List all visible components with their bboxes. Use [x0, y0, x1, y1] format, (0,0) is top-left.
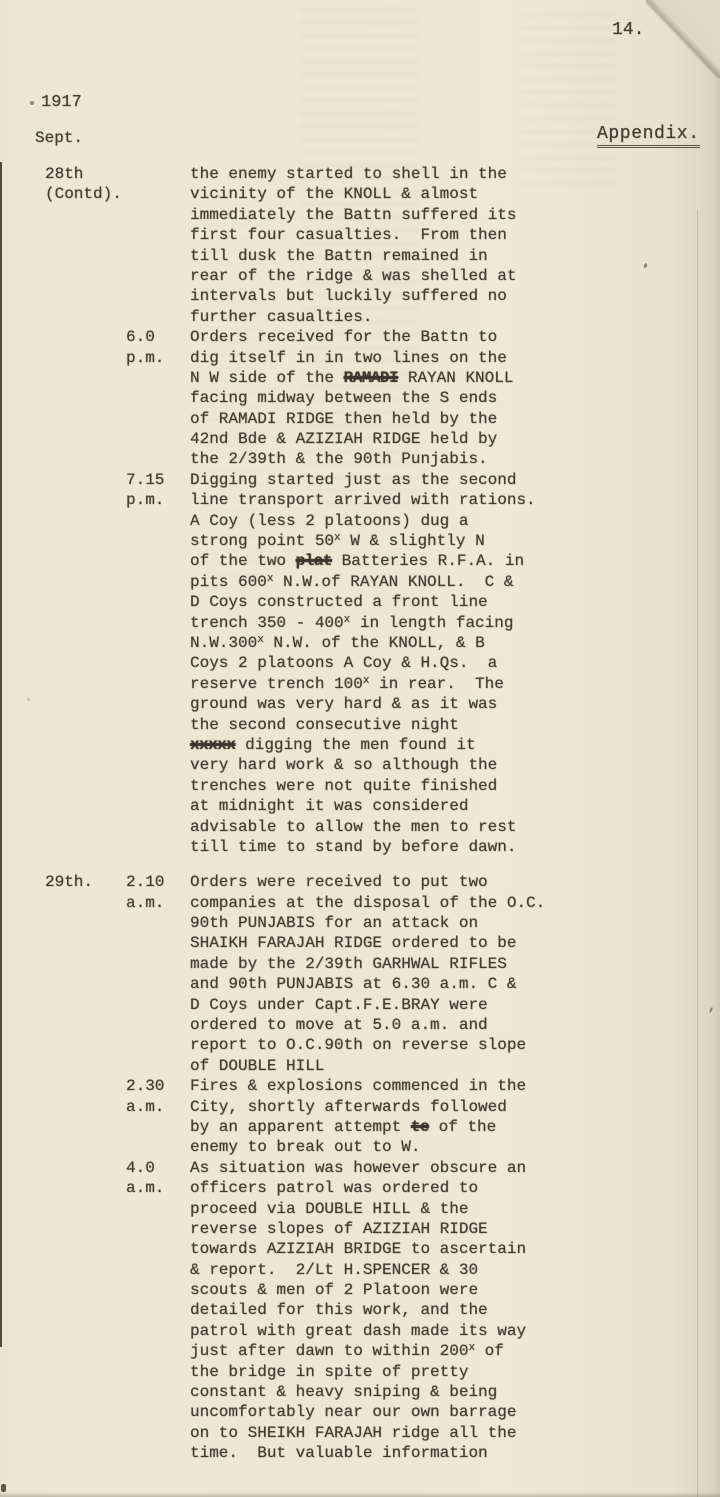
entry-time-line: a.m.: [104, 1178, 190, 1198]
ink-bleedthrough-texture: [520, 5, 615, 185]
entry-text-line: scouts & men of 2 Platoon were: [190, 1280, 698, 1300]
text-segment: towards AZIZIAH BRIDGE to ascertain: [190, 1240, 526, 1258]
entry-date-column: 29th.: [38, 872, 104, 1076]
entry-date-column: [38, 1158, 104, 1464]
text-segment: patrol with great dash made its way: [190, 1322, 526, 1340]
struck-out-text: RAMADI: [344, 369, 399, 387]
text-segment: reverse slopes of AZIZIAH RIDGE: [190, 1220, 488, 1238]
text-segment: companies at the disposal of the O.C.: [190, 894, 545, 912]
entry-text-line: the second consecutive night: [190, 715, 698, 735]
entry-text-line: Orders were received to put two: [190, 872, 698, 892]
entry-time-line: 4.0: [104, 1158, 190, 1178]
diary-year: 1917: [41, 93, 82, 112]
entry-text-line: ordered to move at 5.0 a.m. and: [190, 1015, 698, 1035]
entry-time-column: 2.30a.m.: [104, 1076, 190, 1158]
entry-text-column: Digging started just as the secondline t…: [190, 470, 698, 857]
entry-text-line: very hard work & so although the: [190, 755, 698, 775]
entry-date-line: (Contd).: [38, 184, 104, 204]
text-segment: report to O.C.90th on reverse slope: [190, 1036, 526, 1054]
appendix-heading: Appendix.: [597, 124, 700, 148]
text-segment: A Coy (less 2 platoons) dug a: [190, 512, 468, 530]
text-segment: time. But valuable information: [190, 1444, 488, 1462]
entry-text-column: Orders were received to put twocompanies…: [190, 872, 698, 1076]
entry-text-line: at midnight it was considered: [190, 796, 698, 816]
entry-date-line: 28th: [38, 164, 104, 184]
entry-time-line: 2.10: [104, 872, 190, 892]
text-segment: line transport arrived with rations.: [190, 491, 536, 509]
text-segment: constant & heavy sniping & being: [190, 1383, 497, 1401]
entry-text-line: Fires & explosions commenced in the: [190, 1076, 698, 1096]
entry-text-column: Fires & explosions commenced in theCity,…: [190, 1076, 698, 1158]
struck-out-text: xxxxx: [190, 736, 236, 754]
entry-time-line: a.m.: [104, 893, 190, 913]
entry-text-line: immediately the Battn suffered its: [190, 205, 698, 225]
ink-speck: [30, 101, 34, 105]
entry-time-line: p.m.: [104, 348, 190, 368]
entry-text-line: & report. 2/Lt H.SPENCER & 30: [190, 1260, 698, 1280]
entry-text-line: N.W.300x N.W. of the KNOLL, & B: [190, 633, 698, 653]
entry-text-line: SHAIKH FARAJAH RIDGE ordered to be: [190, 933, 698, 953]
struck-out-text: plat: [296, 552, 332, 570]
text-segment: City, shortly afterwards followed: [190, 1098, 507, 1116]
superscript-yards-mark: x: [363, 671, 370, 691]
entry-text-line: trench 350 - 400x in length facing: [190, 613, 698, 633]
diary-entry: 28th(Contd).the enemy started to shell i…: [38, 164, 698, 327]
entry-text-line: further casualties.: [190, 307, 698, 327]
entry-date-column: 28th(Contd).: [38, 164, 104, 327]
entry-text-line: facing midway between the S ends: [190, 388, 698, 408]
entry-text-line: A Coy (less 2 platoons) dug a: [190, 511, 698, 531]
text-segment: digging the men found it: [236, 736, 476, 754]
entry-text-line: 90th PUNJABIS for an attack on: [190, 913, 698, 933]
entry-text-line: just after dawn to within 200x of: [190, 1341, 698, 1361]
superscript-yards-mark: x: [267, 569, 274, 589]
entry-text-line: and 90th PUNJABIS at 6.30 a.m. C &: [190, 974, 698, 994]
entry-date-line: 29th.: [38, 872, 104, 892]
text-segment: just after dawn to within 200: [190, 1342, 468, 1360]
entry-text-line: companies at the disposal of the O.C.: [190, 893, 698, 913]
text-segment: & report. 2/Lt H.SPENCER & 30: [190, 1261, 478, 1279]
text-segment: N.W. of the KNOLL, & B: [264, 634, 485, 652]
text-segment: D Coys under Capt.F.E.BRAY were: [190, 996, 488, 1014]
diary-entry: 2.30a.m.Fires & explosions commenced in …: [38, 1076, 698, 1158]
entry-text-line: Coys 2 platoons A Coy & H.Qs. a: [190, 653, 698, 673]
entry-text-line: N W side of the RAMADI RAYAN KNOLL: [190, 368, 698, 388]
text-segment: officers patrol was ordered to: [190, 1179, 478, 1197]
entry-text-line: the enemy started to shell in the: [190, 164, 698, 184]
entry-text-line: enemy to break out to W.: [190, 1137, 698, 1157]
entry-text-line: ground was very hard & as it was: [190, 694, 698, 714]
entry-date-column: [38, 327, 104, 470]
entry-time-column: 2.10a.m.: [104, 872, 190, 1076]
entry-text-line: reserve trench 100x in rear. The: [190, 674, 698, 694]
text-segment: proceed via DOUBLE HILL & the: [190, 1200, 468, 1218]
text-segment: advisable to allow the men to rest: [190, 818, 516, 836]
diary-entries: 28th(Contd).the enemy started to shell i…: [38, 164, 698, 1464]
diary-entry: 7.15p.m.Digging started just as the seco…: [38, 470, 698, 857]
text-segment: rear of the ridge & was shelled at: [190, 267, 516, 285]
text-segment: facing midway between the S ends: [190, 389, 497, 407]
entry-text-line: Orders received for the Battn to: [190, 327, 698, 347]
entry-text-line: till time to stand by before dawn.: [190, 837, 698, 857]
text-segment: SHAIKH FARAJAH RIDGE ordered to be: [190, 934, 516, 952]
entry-text-line: rear of the ridge & was shelled at: [190, 266, 698, 286]
text-segment: further casualties.: [190, 308, 372, 326]
text-segment: vicinity of the KNOLL & almost: [190, 185, 478, 203]
text-segment: till dusk the Battn remained in: [190, 247, 488, 265]
scanned-diary-page: { "page": { "number": "14.", "year": "19…: [0, 0, 720, 1497]
entry-text-column: As situation was however obscure anoffic…: [190, 1158, 698, 1464]
entry-time-column: 6.0p.m.: [104, 327, 190, 470]
entry-text-line: Digging started just as the second: [190, 470, 698, 490]
text-segment: Digging started just as the second: [190, 471, 516, 489]
entry-time-line: 7.15: [104, 470, 190, 490]
text-segment: enemy to break out to W.: [190, 1138, 420, 1156]
page-edge-bottom: [0, 1492, 720, 1497]
entry-text-line: pits 600x N.W.of RAYAN KNOLL. C &: [190, 572, 698, 592]
text-segment: dig itself in in two lines on the: [190, 349, 507, 367]
text-segment: of DOUBLE HILL: [190, 1057, 324, 1075]
text-segment: ground was very hard & as it was: [190, 695, 497, 713]
text-segment: trench 350 - 400: [190, 614, 344, 632]
entry-text-line: dig itself in in two lines on the: [190, 348, 698, 368]
text-segment: 42nd Bde & AZIZIAH RIDGE held by: [190, 430, 497, 448]
entry-text-line: strong point 50x W & slightly N: [190, 531, 698, 551]
text-segment: of the: [429, 1118, 496, 1136]
superscript-yards-mark: x: [257, 630, 264, 650]
diary-month: Sept.: [35, 129, 83, 147]
entry-text-line: reverse slopes of AZIZIAH RIDGE: [190, 1219, 698, 1239]
entry-text-column: Orders received for the Battn todig itse…: [190, 327, 698, 470]
entry-text-line: by an apparent attempt te of the: [190, 1117, 698, 1137]
text-segment: Coys 2 platoons A Coy & H.Qs. a: [190, 654, 497, 672]
text-segment: detailed for this work, and the: [190, 1301, 488, 1319]
text-segment: RAYAN KNOLL: [398, 369, 513, 387]
ink-speck: [709, 1007, 713, 1013]
entry-text-line: uncomfortably near our own barrage: [190, 1402, 698, 1422]
text-segment: made by the 2/39th GARHWAL RIFLES: [190, 955, 507, 973]
text-segment: by an apparent attempt: [190, 1118, 411, 1136]
entry-text-line: patrol with great dash made its way: [190, 1321, 698, 1341]
entry-text-line: line transport arrived with rations.: [190, 490, 698, 510]
entry-time-column: [104, 164, 190, 327]
text-segment: Orders were received to put two: [190, 873, 488, 891]
entry-text-line: advisable to allow the men to rest: [190, 817, 698, 837]
entry-text-line: intervals but luckily suffered no: [190, 286, 698, 306]
entry-text-line: 42nd Bde & AZIZIAH RIDGE held by: [190, 429, 698, 449]
page-edge-mark: [1, 1484, 6, 1492]
diary-entry: 6.0p.m.Orders received for the Battn tod…: [38, 327, 698, 470]
superscript-yards-mark: x: [334, 528, 341, 548]
text-segment: Batteries R.F.A. in: [332, 552, 524, 570]
entry-time-line: p.m.: [104, 490, 190, 510]
text-segment: in rear. The: [369, 675, 503, 693]
text-segment: uncomfortably near our own barrage: [190, 1403, 516, 1421]
entry-text-line: of DOUBLE HILL: [190, 1056, 698, 1076]
text-segment: immediately the Battn suffered its: [190, 206, 516, 224]
entry-text-line: D Coys constructed a front line: [190, 592, 698, 612]
text-segment: of: [475, 1342, 504, 1360]
entry-text-line: the bridge in spite of pretty: [190, 1362, 698, 1382]
entry-time-column: 4.0a.m.: [104, 1158, 190, 1464]
text-segment: pits 600: [190, 573, 267, 591]
text-segment: N.W.of RAYAN KNOLL. C &: [273, 573, 513, 591]
entry-text-column: the enemy started to shell in thevicinit…: [190, 164, 698, 327]
text-segment: the 2/39th & the 90th Punjabis.: [190, 450, 488, 468]
page-edge-left: [0, 162, 2, 1347]
text-segment: scouts & men of 2 Platoon were: [190, 1281, 478, 1299]
entry-text-line: towards AZIZIAH BRIDGE to ascertain: [190, 1239, 698, 1259]
text-segment: trenches were not quite finished: [190, 777, 497, 795]
text-segment: of the two: [190, 552, 296, 570]
entry-text-line: till dusk the Battn remained in: [190, 246, 698, 266]
text-segment: N W side of the: [190, 369, 344, 387]
entry-text-line: xxxxx digging the men found it: [190, 735, 698, 755]
entry-text-line: officers patrol was ordered to: [190, 1178, 698, 1198]
entry-text-line: on to SHEIKH FARAJAH ridge all the: [190, 1423, 698, 1443]
text-segment: on to SHEIKH FARAJAH ridge all the: [190, 1424, 516, 1442]
entry-text-line: City, shortly afterwards followed: [190, 1097, 698, 1117]
entry-text-line: vicinity of the KNOLL & almost: [190, 184, 698, 204]
entry-date-column: [38, 470, 104, 857]
entry-date-column: [38, 1076, 104, 1158]
text-segment: ordered to move at 5.0 a.m. and: [190, 1016, 488, 1034]
entry-text-line: constant & heavy sniping & being: [190, 1382, 698, 1402]
entry-text-line: made by the 2/39th GARHWAL RIFLES: [190, 954, 698, 974]
entry-text-line: proceed via DOUBLE HILL & the: [190, 1199, 698, 1219]
text-segment: very hard work & so although the: [190, 756, 497, 774]
text-segment: N.W.300: [190, 634, 257, 652]
text-segment: of RAMADI RIDGE then held by the: [190, 410, 497, 428]
entry-text-line: first four casualties. From then: [190, 225, 698, 245]
entry-time-line: 2.30: [104, 1076, 190, 1096]
text-segment: the enemy started to shell in the: [190, 165, 507, 183]
text-segment: 90th PUNJABIS for an attack on: [190, 914, 478, 932]
entry-text-line: time. But valuable information: [190, 1443, 698, 1463]
text-segment: intervals but luckily suffered no: [190, 287, 507, 305]
struck-out-text: te: [411, 1118, 429, 1136]
entry-text-line: detailed for this work, and the: [190, 1300, 698, 1320]
text-segment: at midnight it was considered: [190, 797, 468, 815]
diary-entry: 29th.2.10a.m.Orders were received to put…: [38, 872, 698, 1076]
superscript-yards-mark: x: [468, 1338, 475, 1358]
ink-speck: [27, 698, 30, 701]
entry-text-line: report to O.C.90th on reverse slope: [190, 1035, 698, 1055]
text-segment: Fires & explosions commenced in the: [190, 1077, 526, 1095]
page-corner-fold: [646, 0, 720, 78]
entry-time-line: 6.0: [104, 327, 190, 347]
diary-entry: 4.0a.m.As situation was however obscure …: [38, 1158, 698, 1464]
text-segment: the bridge in spite of pretty: [190, 1363, 468, 1381]
entry-time-line: a.m.: [104, 1097, 190, 1117]
text-segment: As situation was however obscure an: [190, 1159, 526, 1177]
superscript-yards-mark: x: [344, 610, 351, 630]
entry-text-line: the 2/39th & the 90th Punjabis.: [190, 449, 698, 469]
text-segment: and 90th PUNJABIS at 6.30 a.m. C &: [190, 975, 516, 993]
entry-text-line: trenches were not quite finished: [190, 776, 698, 796]
text-segment: first four casualties. From then: [190, 226, 507, 244]
text-segment: Orders received for the Battn to: [190, 328, 497, 346]
entry-text-line: D Coys under Capt.F.E.BRAY were: [190, 995, 698, 1015]
text-segment: reserve trench 100: [190, 675, 363, 693]
entry-text-line: of RAMADI RIDGE then held by the: [190, 409, 698, 429]
entry-text-line: As situation was however obscure an: [190, 1158, 698, 1178]
text-segment: in length facing: [350, 614, 513, 632]
text-segment: the second consecutive night: [190, 716, 459, 734]
text-segment: strong point 50: [190, 532, 334, 550]
text-segment: W & slightly N: [341, 532, 485, 550]
page-number: 14.: [612, 20, 644, 40]
entry-time-column: 7.15p.m.: [104, 470, 190, 857]
text-segment: D Coys constructed a front line: [190, 593, 488, 611]
text-segment: till time to stand by before dawn.: [190, 838, 516, 856]
